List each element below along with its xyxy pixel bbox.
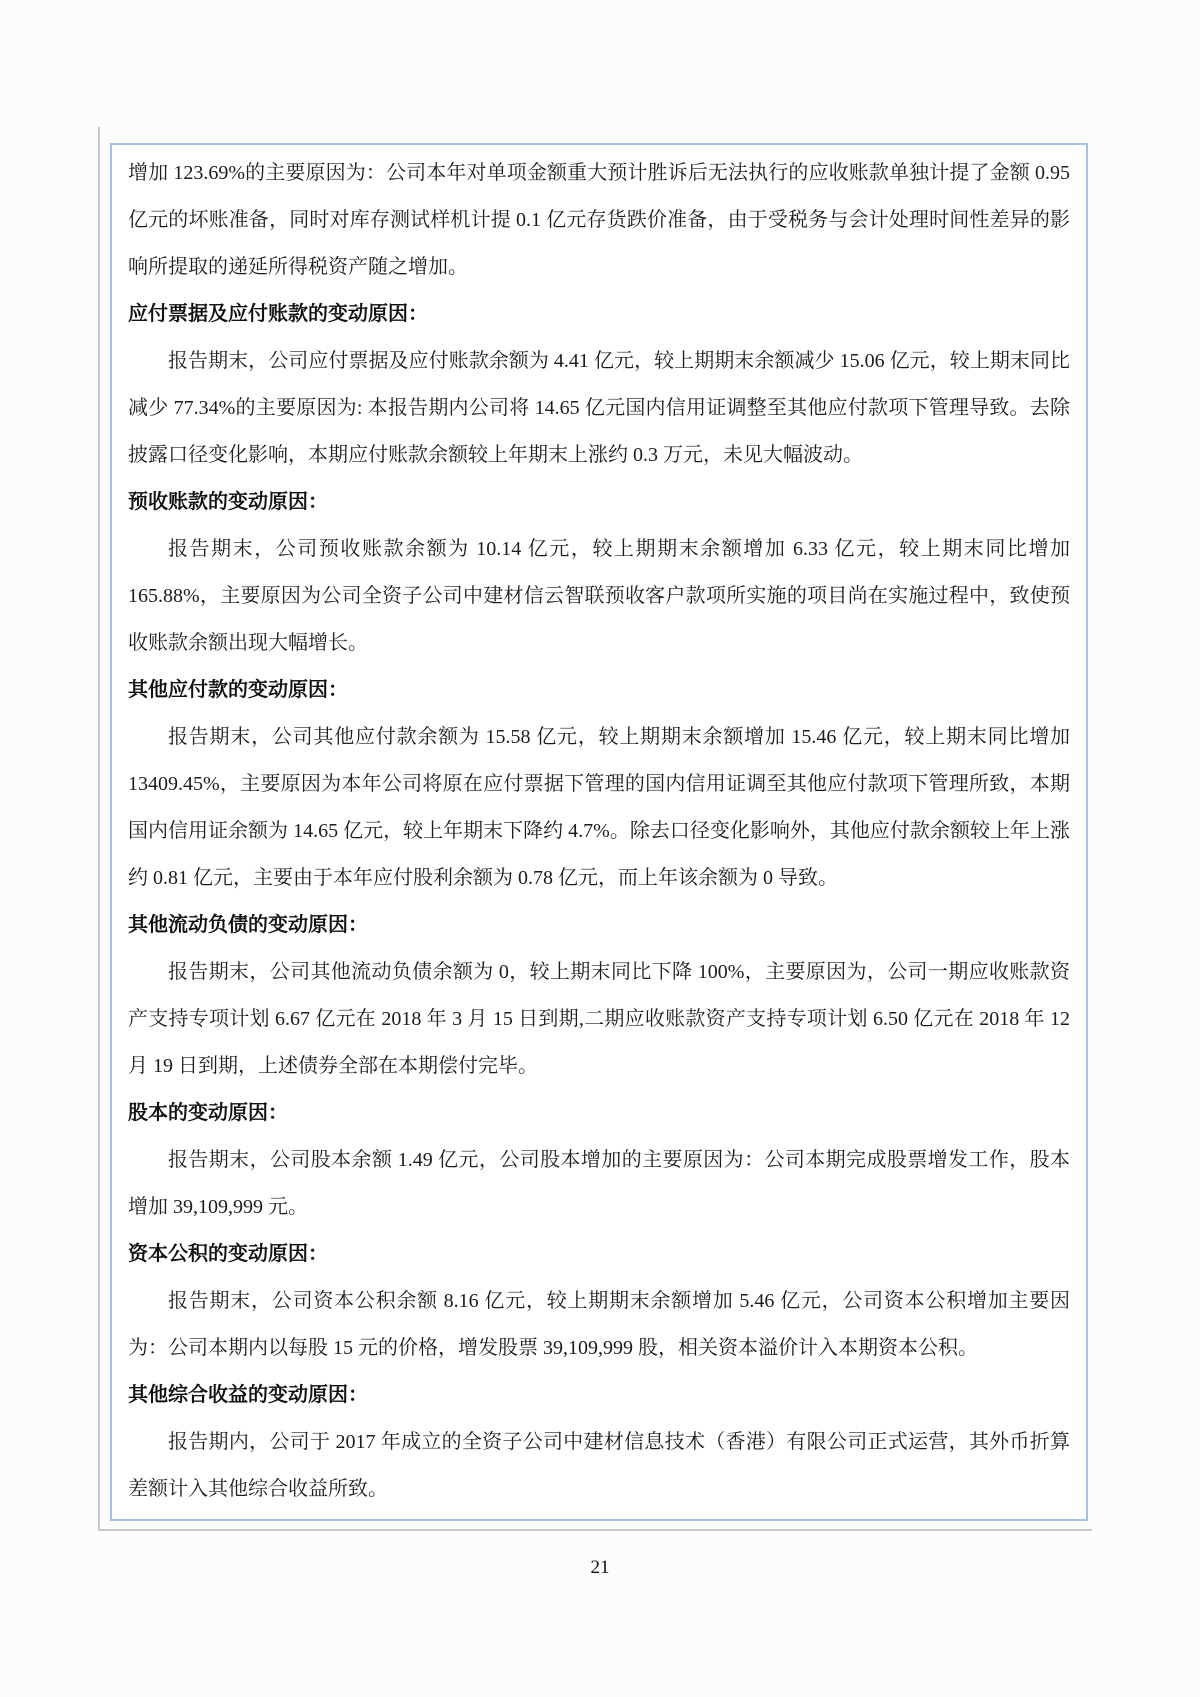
section-paragraph: 报告期末，公司资本公积余额 8.16 亿元，较上期期末余额增加 5.46 亿元，… [128,1278,1070,1372]
section-heading: 其他综合收益的变动原因： [128,1372,1070,1419]
report-section: 应付票据及应付账款的变动原因： 报告期末，公司应付票据及应付账款余额为 4.41… [128,291,1070,479]
section-heading: 其他应付款的变动原因： [128,667,1070,714]
section-paragraph: 报告期末，公司预收账款余额为 10.14 亿元，较上期期末余额增加 6.33 亿… [128,526,1070,667]
report-section: 其他应付款的变动原因： 报告期末，公司其他应付款余额为 15.58 亿元，较上期… [128,667,1070,902]
report-section: 预收账款的变动原因： 报告期末，公司预收账款余额为 10.14 亿元，较上期期末… [128,479,1070,667]
document-page: 增加 123.69%的主要原因为：公司本年对单项金额重大预计胜诉后无法执行的应收… [0,0,1200,1697]
report-section: 其他流动负债的变动原因： 报告期末，公司其他流动负债余额为 0，较上期末同比下降… [128,902,1070,1090]
section-heading: 其他流动负债的变动原因： [128,902,1070,949]
section-paragraph: 增加 123.69%的主要原因为：公司本年对单项金额重大预计胜诉后无法执行的应收… [128,150,1070,291]
section-paragraph: 报告期内，公司于 2017 年成立的全资子公司中建材信息技术（香港）有限公司正式… [128,1419,1070,1513]
section-heading: 资本公积的变动原因： [128,1231,1070,1278]
report-section: 股本的变动原因： 报告期末，公司股本余额 1.49 亿元，公司股本增加的主要原因… [128,1090,1070,1231]
section-heading: 预收账款的变动原因： [128,479,1070,526]
report-section: 资本公积的变动原因： 报告期末，公司资本公积余额 8.16 亿元，较上期期末余额… [128,1231,1070,1372]
report-section: 其他综合收益的变动原因： 报告期内，公司于 2017 年成立的全资子公司中建材信… [128,1372,1070,1513]
section-paragraph: 报告期末，公司应付票据及应付账款余额为 4.41 亿元，较上期期末余额减少 15… [128,338,1070,479]
report-sections: 增加 123.69%的主要原因为：公司本年对单项金额重大预计胜诉后无法执行的应收… [128,150,1070,1513]
report-content-box: 增加 123.69%的主要原因为：公司本年对单项金额重大预计胜诉后无法执行的应收… [110,143,1088,1521]
section-paragraph: 报告期末，公司其他应付款余额为 15.58 亿元，较上期期末余额增加 15.46… [128,714,1070,902]
section-heading: 应付票据及应付账款的变动原因： [128,291,1070,338]
section-paragraph: 报告期末，公司其他流动负债余额为 0，较上期末同比下降 100%，主要原因为，公… [128,949,1070,1090]
section-paragraph: 报告期末，公司股本余额 1.49 亿元，公司股本增加的主要原因为：公司本期完成股… [128,1137,1070,1231]
report-section: 增加 123.69%的主要原因为：公司本年对单项金额重大预计胜诉后无法执行的应收… [128,150,1070,291]
section-heading: 股本的变动原因： [128,1090,1070,1137]
page-number: 21 [0,1557,1200,1579]
